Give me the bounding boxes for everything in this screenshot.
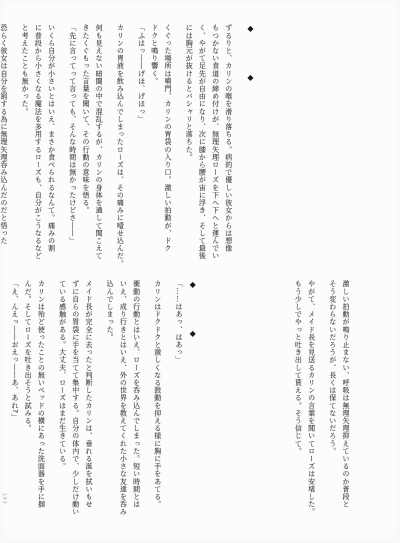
- text-column: に普段から小さくなる魔法を多用するローズも、自分がこうなるなど: [31, 24, 44, 278]
- text-column: もう少しでやっと吐き出して貰える。そう信じて。: [291, 280, 304, 534]
- text-column: カリンの胃液を飲み込んでしまったローズは、その痛みに噎せ込んだ。: [113, 24, 134, 278]
- text-column: くぐった場所は噴門、カリンの胃袋の入り口。激しい拍動が、ドク: [161, 24, 182, 278]
- text-column: 激しい拍動が鳴り止まない、呼吸は無理矢理抑えているのか普段と: [339, 280, 360, 534]
- text-column: 何も見えない暗闇の中で混乱するが、カリンの身体を通して聞こえて: [92, 24, 113, 278]
- text-column: く、やがて足先が自由になり、次に膝から腰が宙に浮き、そして最後: [195, 24, 208, 278]
- scene-break-diamond-icon: ◆: [186, 329, 199, 338]
- scanned-novel-page: ◆◆ずるりと、カリンの喉を滑り落ちる。病的で優しい彼女からは想像もつかない食道の…: [0, 0, 400, 543]
- text-column: には胸元が抜けるとバシャリと落ちた。: [182, 24, 195, 278]
- text-column: いくら自分が小さいとはいえ、まさか食べられるなんて。痛みの割: [44, 24, 65, 278]
- text-column: そう変わらないだろうが、長くは保てないだろう。: [326, 280, 339, 534]
- text-column: 「先に言ってって言っても、そんな時間は無かったけどさ――」: [66, 24, 79, 278]
- text-column: カリンはドクドクと激しくなる鼓動を抑える様に胸に手をあてる。: [151, 280, 172, 534]
- scene-break-column: ◆◆: [185, 280, 291, 534]
- text-column: きたくぐもった言葉を聞いて、その行動の意味を悟る。: [79, 24, 92, 278]
- text-column: 衝動の行動とはいえ、ローズを呑み込んでしまった。短い時間とは: [129, 280, 150, 534]
- top-text-block: ◆◆ずるりと、カリンの喉を滑り落ちる。病的で優しい彼女からは想像もつかない食道の…: [0, 24, 349, 278]
- text-column: カリンは殆ど使ったことの無いベッドの横にあった洗面器を手に掴: [34, 280, 55, 534]
- text-column: ずに自らの胃袋に手を当てて集中する。自分の体内で、少しだけ動い: [69, 280, 82, 534]
- text-column: 「ふはっ――げほ、げほっ」: [134, 24, 147, 278]
- text-column: もつかない食道の締め付けが、無理矢理ローズを下へ下へと運んでい: [208, 24, 221, 278]
- text-column: と考えたことも無かった。: [18, 24, 31, 278]
- text-column: いえ、成り行きとはいえ、外の世界を教えてくれた小さな友達を呑み: [116, 280, 129, 534]
- scene-break-diamond-icon: ◆: [244, 73, 257, 82]
- text-column: 込んでしまった。: [103, 280, 116, 534]
- text-column: 「……はあっ、はあっ」: [172, 280, 185, 534]
- text-column: 恐らく彼女は自分を罰する為に無理矢理呑み込んだのだと悟った: [0, 24, 18, 278]
- scene-break-diamond-icon: ◆: [186, 280, 199, 289]
- text-column: やがて、メイド長を見送るカリンの言葉を聞いてローズは安堵した。: [304, 280, 325, 534]
- bottom-text-block: 激しい拍動が鳴り止まない、呼吸は無理矢理抑えているのか普段とそう変わらないだろう…: [0, 280, 360, 534]
- page-number: 143: [1, 493, 7, 504]
- scene-break-diamond-icon: ◆: [244, 24, 257, 33]
- text-column: メイド長が完全に去ったと判断したカリンは、垂れる涎を拭いもせ: [82, 280, 103, 534]
- text-column: ドクと鳴り響く。: [148, 24, 161, 278]
- text-column: 「え、んえっ――おえっ――あ、あれ?」: [8, 280, 21, 534]
- scene-break-column: ◆◆: [243, 24, 349, 278]
- text-column: ずるりと、カリンの喉を滑り落ちる。病的で優しい彼女からは想像: [222, 24, 243, 278]
- text-column: んだ。そしてローズを吐き出そうと試みる。: [21, 280, 34, 534]
- text-column: ている感触がある。大丈夫、ローズはまだ生きている。: [55, 280, 68, 534]
